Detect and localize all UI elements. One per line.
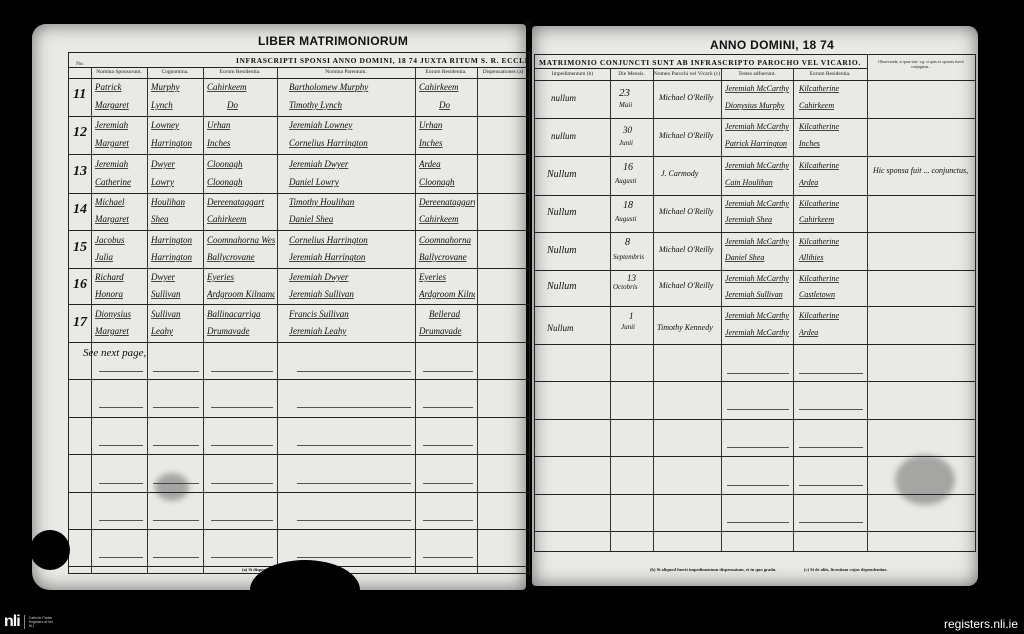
groom-name: Dionysius — [95, 309, 145, 319]
col-header-dispensations: Dispensationes (a) — [477, 69, 529, 75]
bride-residence: Ballycrovane — [207, 252, 275, 262]
scan-shadow — [30, 530, 70, 570]
priest-name: Michael O'Reilly — [659, 281, 719, 290]
bride-surname: Harrington — [151, 138, 201, 148]
groom-surname: Sullivan — [151, 309, 201, 319]
priest-name: Michael O'Reilly — [659, 93, 719, 102]
observation-note: Hic sponsa fuit ... conjunctus, — [873, 165, 973, 176]
groom-surname: Lowney — [151, 120, 201, 130]
bride-parent: Cornelius Harrington — [289, 138, 413, 148]
priest-name: Michael O'Reilly — [659, 131, 719, 140]
logo-divider — [24, 615, 25, 629]
marriage-month: Junii — [619, 139, 649, 147]
col-header-surnames: Cognomina. — [147, 69, 203, 75]
bride-parent-residence: Do — [439, 100, 475, 110]
priest-name: Michael O'Reilly — [659, 207, 719, 216]
witness-residence-2: Ardea — [799, 178, 865, 187]
witness-residence-1: Kilcatherine — [799, 199, 865, 208]
marriage-day: 30 — [623, 125, 649, 135]
witness-residence-1: Kilcatherine — [799, 311, 865, 320]
bride-residence: Cahirkeem — [207, 214, 275, 224]
col-header-parents: Nomina Parentum. — [277, 69, 415, 75]
groom-surname: Dwyer — [151, 159, 201, 169]
bride-name: Margaret — [95, 100, 145, 110]
marriage-month: Septembris — [613, 253, 653, 261]
groom-parent-residence: Coomnahorna — [419, 235, 475, 245]
bride-surname: Leahy — [151, 326, 201, 336]
page-subheading: MATRIMONIO CONJUNCTI SUNT AB INFRASCRIPT… — [539, 58, 861, 67]
bride-residence: Inches — [207, 138, 275, 148]
groom-parent-residence: Cahirkeem — [419, 82, 475, 92]
bride-parent-residence: Cloonagh — [419, 177, 475, 187]
witness-residence-1: Kilcatherine — [799, 122, 865, 131]
groom-name: Michael — [95, 197, 145, 207]
witness-residence-1: Kilcatherine — [799, 84, 865, 93]
witness-residence-2: Inches — [799, 139, 865, 148]
groom-parent: Cornelius Harrington — [289, 235, 413, 245]
col-header-no: No. — [69, 61, 91, 67]
footnote-c: (c) Si de aliis, licentiam cujus depende… — [804, 567, 888, 572]
impediment: nullum — [551, 93, 607, 103]
col-header-witness-residence: Eorum Residentia. — [793, 71, 867, 77]
marriage-day: 18 — [623, 200, 649, 211]
left-page: LIBER MATRIMONIORUM INFRASCRIPTI SPONSI … — [32, 24, 526, 590]
bride-surname: Lynch — [151, 100, 201, 110]
groom-residence: Urhan — [207, 120, 275, 130]
nli-logo-subtext: Catholic Parish Registers at the NLI — [29, 616, 59, 628]
marriage-month: Octobris — [613, 283, 653, 291]
marriage-month: Junii — [621, 323, 651, 331]
entry-number: 17 — [73, 315, 87, 331]
witness-residence-2: Castletown — [799, 290, 865, 299]
bride-name: Margaret — [95, 214, 145, 224]
groom-parent-residence: Eyeries — [419, 272, 475, 282]
bride-parent: Jeremiah Sullivan — [289, 289, 413, 299]
bride-surname: Harrington — [151, 252, 201, 262]
bride-surname: Shea — [151, 214, 201, 224]
register-table-right: MATRIMONIO CONJUNCTI SUNT AB INFRASCRIPT… — [534, 54, 976, 552]
witness-1: Jeremiah McCarthy — [725, 274, 791, 283]
col-header-parents-residence: Eorum Residentia. — [415, 69, 477, 75]
col-header-priest: Nomen Parochi vel Vicarii (c) — [653, 71, 721, 77]
witness-2: Cain Houlihan — [725, 178, 791, 187]
witness-2: Dionysius Murphy — [725, 101, 791, 110]
witness-1: Jeremiah McCarthy — [725, 122, 791, 131]
scan-shadow — [250, 560, 360, 620]
priest-name: J. Carmody — [661, 169, 719, 178]
entry-number: 13 — [73, 164, 87, 180]
entry-number: 16 — [73, 277, 87, 293]
marriage-day: 13 — [627, 273, 649, 283]
groom-parent-residence: Ardea — [419, 159, 475, 169]
entry-number: 11 — [73, 87, 86, 103]
witness-2: Daniel Shea — [725, 253, 791, 262]
impediment: nullum — [551, 131, 607, 141]
entry-number: 12 — [73, 125, 87, 141]
groom-parent: Bartholomew Murphy — [289, 82, 413, 92]
witness-residence-2: Allihies — [799, 253, 865, 262]
groom-residence: Dereenataggart — [207, 197, 275, 207]
entry-number: 15 — [73, 240, 87, 256]
col-header-witnesses: Testes adfuerunt. — [721, 71, 793, 77]
groom-parent-residence: Urhan — [419, 120, 475, 130]
col-header-observations: Observanda, si quae sint: v.g. si quis e… — [869, 59, 973, 69]
priest-name: Timothy Kennedy — [657, 323, 719, 332]
marriage-month: Augusti — [615, 215, 651, 223]
impediment: Nullum — [547, 281, 607, 292]
groom-name: Patrick — [95, 82, 145, 92]
priest-name: Michael O'Reilly — [659, 245, 719, 254]
page-title: LIBER MATRIMONIORUM — [258, 34, 408, 48]
groom-surname: Houlihan — [151, 197, 201, 207]
col-header-date: Die Mensis. — [610, 71, 653, 77]
bride-parent-residence: Drumavade — [419, 326, 475, 336]
witness-residence-2: Cahirkeem — [799, 101, 865, 110]
groom-parent: Jeremiah Dwyer — [289, 159, 413, 169]
bride-name: Catherine — [95, 177, 145, 187]
groom-parent: Jeremiah Dwyer — [289, 272, 413, 282]
bride-name: Margaret — [95, 326, 145, 336]
groom-parent-residence: Dereenataggart — [419, 197, 475, 207]
marriage-month: Maii — [619, 101, 649, 109]
nli-logo: nli Catholic Parish Registers at the NLI — [4, 613, 59, 631]
groom-parent: Jeremiah Lowney — [289, 120, 413, 130]
bride-residence: Cloonagh — [207, 177, 275, 187]
groom-residence: Ballinacarriga — [207, 309, 275, 319]
col-header-impediment: Impedimentum (b) — [535, 71, 610, 77]
witness-1: Jeremiah McCarthy — [725, 161, 791, 170]
groom-parent: Francis Sullivan — [289, 309, 413, 319]
bride-parent-residence: Ardgroom Kilnamanagh — [419, 289, 475, 299]
nli-logo-mark: nli — [4, 613, 20, 631]
bride-parent-residence: Ballycrovane — [419, 252, 475, 262]
bride-name: Margaret — [95, 138, 145, 148]
witness-residence-1: Kilcatherine — [799, 274, 865, 283]
witness-1: Jeremiah McCarthy — [725, 84, 791, 93]
right-page: ANNO DOMINI, 18 74 MATRIMONIO CONJUNCTI … — [532, 26, 978, 586]
witness-2: Jeremiah Shea — [725, 215, 791, 224]
site-link[interactable]: registers.nli.ie — [944, 617, 1018, 631]
witness-residence-2: Ardea — [799, 328, 865, 337]
groom-surname: Dwyer — [151, 272, 201, 282]
bride-parent-residence: Inches — [419, 138, 475, 148]
register-table: No. Nomina Sponsorum. Cognomina. Eorum R… — [68, 52, 530, 574]
marriage-month: Augusti — [615, 177, 651, 185]
bride-surname: Lowry — [151, 177, 201, 187]
groom-name: Jacobus — [95, 235, 145, 245]
bride-parent-residence: Cahirkeem — [419, 214, 475, 224]
impediment: Nullum — [547, 169, 607, 180]
water-stain — [895, 455, 955, 505]
witness-residence-1: Kilcatherine — [799, 237, 865, 246]
marriage-day: 8 — [625, 237, 649, 248]
bride-parent: Daniel Lowry — [289, 177, 413, 187]
witness-2: Patrick Harrington — [725, 139, 791, 148]
bride-surname: Sullivan — [151, 289, 201, 299]
witness-1: Jeremiah McCarthy — [725, 311, 791, 320]
marriage-day: 23 — [619, 87, 649, 99]
col-header-residence: Eorum Residentia. — [203, 69, 277, 75]
marriage-day: 16 — [623, 162, 649, 173]
groom-name: Richard — [95, 272, 145, 282]
bride-name: Honora — [95, 289, 145, 299]
page-title-year: ANNO DOMINI, 18 74 — [710, 38, 834, 52]
groom-name: Jeremiah — [95, 159, 145, 169]
bride-name: Julia — [95, 252, 145, 262]
continuation-note: See next page, — [83, 347, 203, 359]
witness-2: Jeremiah McCarthy — [725, 328, 791, 337]
groom-parent-residence: Bellerad — [429, 309, 475, 319]
groom-name: Jeremiah — [95, 120, 145, 130]
witness-1: Jeremiah McCarthy — [725, 237, 791, 246]
ink-stain — [155, 473, 189, 501]
witness-1: Jeremiah McCarthy — [725, 199, 791, 208]
impediment: Nullum — [547, 323, 607, 333]
bride-parent: Jeremiah Leahy — [289, 326, 413, 336]
bride-parent: Jeremiah Harrington — [289, 252, 413, 262]
groom-residence: Eyeries — [207, 272, 275, 282]
bride-residence: Do — [227, 100, 275, 110]
groom-residence: Coomnahorna West — [207, 235, 275, 245]
marriage-day: 1 — [629, 311, 649, 321]
footnote-b: (b) Si aliquod fuerit impedimentum dispe… — [650, 567, 776, 572]
impediment: Nullum — [547, 207, 607, 218]
bride-residence: Ardgroom Kilnamanagh — [207, 289, 275, 299]
col-header-groom-names: Nomina Sponsorum. — [91, 69, 147, 75]
groom-residence: Cloonagh — [207, 159, 275, 169]
witness-residence-2: Cahirkeem — [799, 215, 865, 224]
witness-2: Jeremiah Sullivan — [725, 290, 791, 299]
groom-surname: Harrington — [151, 235, 201, 245]
groom-residence: Cahirkeem — [207, 82, 275, 92]
entry-number: 14 — [73, 202, 87, 218]
groom-parent: Timothy Houlihan — [289, 197, 413, 207]
groom-surname: Murphy — [151, 82, 201, 92]
bride-parent: Daniel Shea — [289, 214, 413, 224]
impediment: Nullum — [547, 245, 607, 256]
bride-residence: Drumavade — [207, 326, 275, 336]
witness-residence-1: Kilcatherine — [799, 161, 865, 170]
bride-parent: Timothy Lynch — [289, 100, 413, 110]
